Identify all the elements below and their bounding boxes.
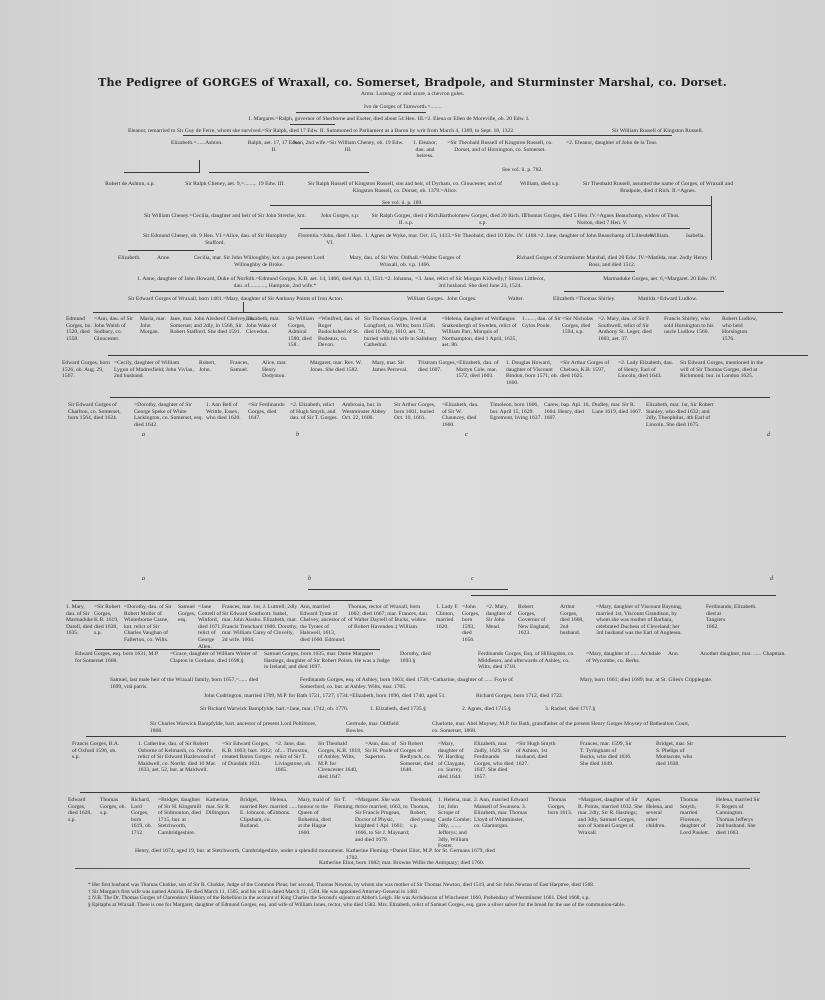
entry-william-russell: Sir William Russell of Kingston Russell.	[612, 128, 703, 135]
pedigree-entry: Helena, married ...... Gibbons.	[270, 797, 300, 817]
pedigree-entry: Elizabeth, mar. 1st, Sir Robert Stanley,…	[646, 402, 716, 428]
pedigree-entry: Edward Gorges, esq. born 1631, M.P. for …	[75, 651, 165, 664]
pedigree-entry: 3. Rachel, died 1717.§	[545, 706, 605, 713]
line	[492, 135, 672, 136]
pedigree-entry: =2. Mary, daughter of Sir John Mead.	[486, 604, 516, 630]
entry-walter: Walter.	[508, 296, 524, 303]
pedigree-sheet: The Pedigree of GORGES of Wraxall, co. S…	[0, 0, 825, 1000]
pedigree-entry: =Sir Arthur Gorges of Chelsea, K.B. 1597…	[560, 360, 616, 380]
line	[711, 196, 712, 260]
pedigree-entry: Dorothy, died 1693.§	[400, 651, 440, 664]
pedigree-entry: =Bridget, daughter of Sir H. Kingsmill o…	[158, 797, 204, 837]
pedigree-entry: Charlotte, mar. Abel Moysey, M.P. for Ba…	[432, 721, 692, 734]
pedigree-entry: =Jane Cottrell of Winford, died 1671, re…	[198, 604, 222, 650]
pedigree-entry: =Mary, daughter of W. Harding of Claygat…	[438, 741, 466, 781]
pedigree-entry: Thomas Gorges, ob. s.p.	[100, 797, 126, 817]
document-title: The Pedigree of GORGES of Wraxall, co. S…	[0, 76, 825, 89]
pedigree-entry: Francis Gorges, B.A. of Oxford 1596, ob.…	[72, 741, 122, 761]
pedigree-entry: Edward Gorges, born 1526, ob. Aug. 29, 1…	[62, 360, 114, 380]
entry-john-gorges-sp: John Gorges, s.p.	[318, 213, 362, 220]
pedigree-entry: Sir Arthur Gorges, born 1601, buried Oct…	[394, 402, 440, 422]
link-letter-d-lower: d	[770, 576, 773, 582]
pedigree-entry: Samuel Gorges, born 1635, mar. Dame Marg…	[264, 651, 394, 671]
line	[300, 228, 690, 229]
pedigree-entry: Ferdinando, died at Tangiers 1662.	[706, 604, 732, 630]
entry-florentia-john: Florentia.=John, died 1 Hen. VI.	[295, 233, 365, 246]
pedigree-entry: Edward Gorges, died 1628, s.p.	[68, 797, 94, 823]
pedigree-entry: =2. Elizabeth, relict of Hugh Smyth, and…	[290, 402, 338, 422]
link-letter-c-lower: c	[471, 576, 474, 582]
pedigree-entry: 2. Agnes, died 1715.§	[462, 706, 522, 713]
pedigree-entry: Gertrude, mar. Oldfield Bowles.	[346, 721, 406, 734]
entry-bartholomew: Bartholomew Gorges, died 20 Rich. II. s.…	[438, 213, 528, 226]
entry-marmaduke: Marmaduke Gorges, aet. 6,=Margaret. 20 E…	[600, 276, 720, 283]
pedigree-entry: Robert Ludlow, who held Horsington 1576.	[722, 316, 758, 342]
pedigree-entry: Richard, Lord Gorges, born 1619, ob. 171…	[131, 797, 155, 837]
pedigree-entry: =Margaret, daughter of Sir R. Points, ma…	[578, 797, 644, 837]
pedigree-entry: 1. Catherine, dau. of Sir Robert Osborne…	[138, 741, 220, 774]
line	[72, 600, 372, 601]
pedigree-entry: =Sir Edward Gorges, K.B. 1603; bart. 161…	[222, 741, 274, 767]
line	[124, 172, 200, 173]
pedigree-entry: 1. Douglas Howard, daughter of Viscount …	[506, 360, 560, 386]
line	[250, 271, 635, 272]
pedigree-entry: Carew, bap. Apl. 16, 1604. Henry, died 1…	[544, 402, 590, 422]
pedigree-entry: 1. Helena, mar. 1st, John Scrope of Cast…	[438, 797, 472, 850]
pedigree-entry: Frances, Samuel.	[230, 360, 260, 373]
pedigree-entry: Agnes. Helena, and several other childre…	[646, 797, 674, 830]
pedigree-entry: =Grace, daughter of William Winter of Cl…	[170, 651, 258, 664]
entry-ralph-gorges: Sir Ralph Gorges, died 4 Rich. II. s.p.	[370, 213, 442, 226]
pedigree-entry: Jane, mar. John Aissheof Chelvey, co. So…	[170, 316, 256, 336]
footnote-2: † Sir Morgan's first wife was named Amic…	[88, 889, 419, 895]
pedigree-entry: =Mary, daughter of Viscount Bayning, mar…	[596, 604, 684, 637]
pedigree-entry: =2. Lady Elizabeth, dau. of Henry, Earl …	[618, 360, 674, 380]
entry-eleanor: Eleanor, remarried to Sir Guy de Ferre, …	[128, 128, 514, 135]
pedigree-entry: 1. Lady F. Clinton, married 1620.	[436, 604, 460, 630]
pedigree-entry: Margaret, mar. Rev. W. Jones. She died 1…	[310, 360, 366, 373]
entry-william-cheney-cecilia: Sir William Cheney.=Cecilia, daughter an…	[140, 213, 310, 220]
line	[209, 172, 369, 173]
pedigree-entry: Ann.	[668, 651, 694, 658]
entry-elizabeth-cheney: Elizabeth.	[118, 255, 141, 262]
pedigree-entry: 1. Elizabeth, died 1735.§	[370, 706, 440, 713]
entry-margaret: 1. Margaret.=Ralph, governor of Sherborn…	[248, 116, 529, 123]
pedigree-entry: =Cecily, daughter of William Lygon of Ma…	[114, 360, 194, 380]
link-letter-b: b	[296, 432, 299, 438]
entry-matilda-ludlow: Matilda.=Edward Ludlow.	[638, 296, 697, 303]
footnote-4: § Epitaphs at Wraxall. There is one for …	[88, 902, 625, 908]
pedigree-entry: Bridget, married Rev. E. Johnson, of Cli…	[240, 797, 272, 830]
pedigree-entry: Mary, maid of honour to the Queen of Boh…	[298, 797, 332, 837]
entry-eleanor-heiress: 1. Eleanor, dau. and heiress.	[408, 140, 442, 160]
pedigree-entry: Sir Edward Gorges, mentioned in the will…	[680, 360, 772, 380]
pedigree-entry: Dudley, mar. Sir R. Lane 1619, died 1667…	[592, 402, 644, 415]
entry-william: William.	[650, 233, 670, 240]
pedigree-entry: Sir T. Fleming.	[334, 797, 352, 810]
entry-robert-ashton: Robert de Ashton, s.p.	[100, 181, 160, 188]
entry-mary-walter: Mary, dau. of Sir Wm. Oldhall.=Walter Go…	[345, 255, 465, 268]
entry-elizabeth-ashton: Elizabeth.=......Ashton.	[171, 140, 223, 147]
entry-anne-cheney: Anne.	[157, 255, 171, 262]
footnote-divider	[75, 868, 750, 869]
entry-ivo: Ivo de Gorges of Tamworth.=........	[364, 104, 442, 111]
pedigree-entry: Edmund Gorges, bo. 1520, died 1558.	[66, 316, 94, 342]
pedigree-entry: Samuel, last male heir of the Wraxall fa…	[110, 677, 270, 690]
entry-ralph-russell: Sir Ralph Russell of Kingston Russell, s…	[305, 181, 505, 194]
entry-william-sp: William, died s.p.	[520, 181, 560, 188]
pedigree-entry: Thomas, rector of Wraxall, born 1602; di…	[348, 604, 432, 630]
pedigree-entry: Ferdinando Gorges, Esq. of Hillingdon, c…	[478, 651, 578, 671]
pedigree-entry: Francis Shirley, who sold Horsington to …	[664, 316, 716, 336]
pedigree-entry: Sir Charles Warwick Bampfylde, bart. anc…	[150, 721, 320, 734]
entry-john-gorges: John Gorges.	[447, 296, 476, 303]
pedigree-entry: Elizabeth.	[734, 604, 754, 611]
line	[270, 205, 711, 206]
entry-joan-cheney: Joan, 2nd wife.=Sir William Cheney, ob. …	[292, 140, 404, 153]
entry-ralph-cheney: Sir Ralph Cheney, aet. 9,=......... 19 E…	[180, 181, 290, 188]
line	[128, 250, 214, 251]
pedigree-entry: Robert, John.	[199, 360, 223, 373]
pedigree-entry: =John Gorges, born 1593, died 1656.	[462, 604, 484, 644]
line	[108, 355, 808, 356]
pedigree-entry: =Sir Hugh Smyth of Ashton, 1st husband, …	[516, 741, 558, 767]
pedigree-entry: Elizabeth, mar. John Wake of Clevedon.	[246, 316, 284, 336]
pedigree-entry: Maria, mar. John Morgan.	[140, 316, 166, 336]
entry-cecilia-willoughby: Cecilia, mar. Sir John Willoughby, knt. …	[184, 255, 334, 268]
ref-see-782: See vol. ii. p. 782.	[502, 167, 543, 174]
pedigree-entry: =Elizabeth, dau. of Martyn Cole, mar. 15…	[456, 360, 502, 380]
pedigree-entry: Sir Robert Gorges of Redlynch, co. Somer…	[400, 741, 436, 774]
pedigree-entry: Sir Thomas Gorges, lived at Longford, co…	[364, 316, 440, 349]
pedigree-entry: Theobald, Thomas, Robert, died young s.p…	[410, 797, 436, 830]
entry-anne-edmund-johanna: 1. Anne, daughter of John Howard, Duke o…	[135, 276, 415, 289]
pedigree-entry: Bridget, mar. Sir S. Phelips of Montacut…	[656, 741, 696, 767]
entry-elizabeth-shirley: Elizabeth.=Thomas Shirley.	[553, 296, 615, 303]
pedigree-entry: Mary, born 1661; died 1689; bur. at St. …	[580, 677, 720, 684]
pedigree-entry: Arthur Gorges, died 1668, 2nd husband.	[560, 604, 586, 637]
link-letter-c: c	[465, 432, 468, 438]
pedigree-entry: Helena, married Sir F. Rogers of Canning…	[716, 797, 760, 837]
pedigree-entry: =Ann, dau. of Sir John Walsh of Sodbury,…	[94, 316, 134, 342]
entry-thomas-agnes: Thomas Gorges, died 5 Hen. IV.=Agnes Bea…	[522, 213, 682, 226]
pedigree-entry: =2. Mary, dau. of Sir F. Southwell, reli…	[598, 316, 660, 342]
pedigree-entry: =Sir Robert Gorges, K.B. 1619, died 1638…	[94, 604, 122, 637]
pedigree-entry: Tristram Gorges, died 1607.	[418, 360, 456, 373]
pedigree-entry: =Winifred, dau. of Roger Budockshed of S…	[318, 316, 360, 349]
line	[290, 124, 335, 125]
pedigree-entry: Robert Gorges, Governor of New England, …	[518, 604, 552, 637]
pedigree-entry: Another daughter, mar. ...... Chapman.	[700, 651, 790, 658]
arms-blazon: Arms: Lozengy or and azure, a chevron gu…	[0, 91, 825, 97]
pedigree-entry: Elizabeth, mar. 2ndly, 1629, Sir Ferdina…	[474, 741, 516, 781]
pedigree-entry: Sir Theobald Gorges, K.B. 1618, of Ashle…	[318, 741, 362, 781]
pedigree-entry: =Dorothy, dau. of Sir Robert Moller of W…	[124, 604, 176, 644]
pedigree-entry: =Mary, daughter of ...... Archdale of Wy…	[586, 651, 666, 664]
entry-william-gorges: William Gorges.	[407, 296, 444, 303]
pedigree-entry: 1......., dau. of Sir Gylos Poole.	[522, 316, 562, 329]
pedigree-entry: 2. Ann, married Edward Mansell of Swanse…	[474, 797, 530, 830]
pedigree-entry: =Sir Nicholas Gorges, died 1594, s.p.	[562, 316, 596, 336]
footnote-1: * Her first husband was Thomas Chokke, s…	[88, 882, 594, 888]
link-letter-a-lower: a	[142, 576, 145, 582]
link-letter-a: a	[142, 432, 145, 438]
pedigree-entry: =2. Jane, dau. of.... Throxton, relict o…	[275, 741, 317, 774]
line	[296, 112, 426, 113]
line	[471, 595, 776, 596]
pedigree-entry: =Dorothy, daughter of Sir George Speke o…	[134, 402, 204, 428]
pedigree-entry: Frances, mar. 1599, Sir T. Tyringham of …	[580, 741, 632, 767]
entry-theobald-gorges: Sir Theobald Russell, assumed the name o…	[578, 181, 738, 194]
link-letter-d: d	[767, 432, 770, 438]
pedigree-entry: =Elizabeth, dau. of Sir W. Chauncey, die…	[442, 402, 484, 428]
pedigree-entry: Alice, mar. Henry Dodynton.	[262, 360, 300, 380]
footnote-3: ‡ N.B. The Dr. Thomas Gorges of Clarendo…	[88, 895, 590, 901]
entry-theobald-russell: =Sir Theobald Russell of Kingston Russel…	[440, 140, 560, 153]
pedigree-entry: Timoleon, born 1606, bur. April 15, 1629…	[490, 402, 542, 422]
entry-isabella: Isabella.	[686, 233, 705, 240]
line	[243, 302, 244, 312]
pedigree-entry: Ann, married Edward Tynte of Chelvey, an…	[300, 604, 346, 644]
pedigree-entry: Thomas Smyth, married Florence, daughter…	[680, 797, 714, 837]
entry-edward-wraxall: Sir Edward Gorges of Wraxall, born 1481.…	[128, 296, 343, 303]
line	[308, 589, 508, 590]
entry-edmund-cheney: Sir Edmund Cheney, ob. 9 Hen. VI.=Alice,…	[135, 233, 295, 246]
entry-agnes-theobald-jane: 1. Agnes de Wyke, mar. Oct. 15, 1433.=Si…	[365, 233, 665, 240]
line	[80, 792, 760, 793]
line	[110, 397, 770, 398]
pedigree-entry: =Ann, dau. of Sir H. Poole of Saperton.	[365, 741, 399, 761]
pedigree-entry: Sir William Gorges, Admiral 1580, died 1…	[288, 316, 318, 349]
pedigree-entry: =Sir Ferdinando Gorges, died 1647.	[248, 402, 288, 422]
pedigree-entry: Mary, mar. Sir James Perceval.	[372, 360, 416, 373]
pedigree-entry: 1. Ann Bell of Writtle, Essex, who died …	[206, 402, 246, 422]
pedigree-entry: =Margaret. She was thrice married, 1663,…	[355, 797, 413, 843]
entry-jane-kidwelly: =3. Jane, relict of Sir Morgan Kidwelly,…	[415, 276, 545, 289]
line	[199, 160, 200, 172]
pedigree-entry: Sir Edward Gorges of Charlton, co. Somer…	[68, 402, 126, 422]
entry-katherine-eliot: Katherine Eliot, born 1682; mar. Browne …	[319, 860, 484, 867]
line	[564, 291, 724, 292]
entry-eleanor-tour: =2. Eleanor, daughter of John de la Tour…	[566, 140, 666, 147]
line	[150, 291, 460, 292]
pedigree-entry: Katherine, mar. Sir R. Dillington.	[206, 797, 238, 817]
link-letter-b-lower: b	[308, 576, 311, 582]
line	[86, 736, 786, 737]
entry-richard-matilda: Richard Gorges of Sturminster Marshal, d…	[512, 255, 712, 268]
pedigree-entry: Ambrosia, bur. in Westminster Abbey Oct.…	[342, 402, 390, 422]
pedigree-entry: =Helena, daughter of Wolfangus Snakenber…	[442, 316, 522, 349]
line	[93, 312, 783, 313]
pedigree-entry: Richard Gorges, born 1712, died 1722.	[476, 693, 656, 700]
pedigree-entry: 1. Mary, dau. of Sir Marmaduke Darell, d…	[66, 604, 94, 637]
pedigree-entry: Ferdinando Gorges, esq. of Ashley, born …	[300, 677, 520, 690]
pedigree-entry: Sir Richard Warwick Bampfylde, bart.=Jan…	[200, 706, 360, 713]
pedigree-entry: Thomas Gorges, born 1613.	[548, 797, 576, 817]
line	[95, 649, 380, 650]
pedigree-entry: Frances, mar. 1st, J. Luttrell; 2dly Sir…	[222, 604, 298, 644]
